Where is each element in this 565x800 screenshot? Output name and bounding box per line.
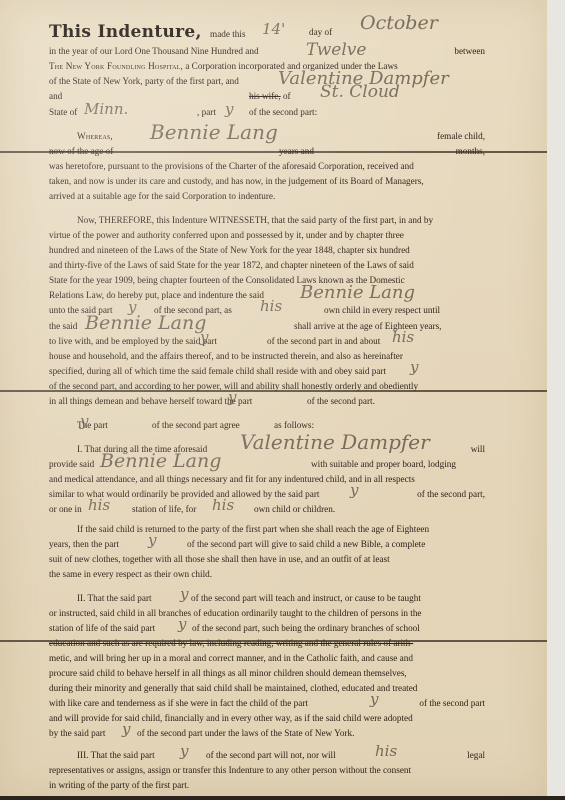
line-14: hundred and nineteen of the Laws of the … xyxy=(49,245,485,256)
line-29: similar to what would ordinarily be prov… xyxy=(49,489,485,500)
made-this-text: made this xyxy=(210,29,245,39)
line-36: or instructed, said child in all branche… xyxy=(49,608,485,619)
text: of the second part will teach and instru… xyxy=(191,593,421,604)
text: of the second part, and according to her… xyxy=(49,381,418,391)
line-47: in writing of the party of the first par… xyxy=(49,780,485,791)
line-15: and thirty-five of the Laws of said Stat… xyxy=(49,260,485,271)
line-32: years, then the part of the second part … xyxy=(49,539,485,550)
handwritten-part-suffix: y xyxy=(180,742,188,760)
line-30: or one in station of life, for own child… xyxy=(49,504,485,515)
text: suit of new clothes, together with all t… xyxy=(49,554,390,564)
handwritten-pronoun: his xyxy=(88,496,110,514)
handwritten-part-suffix: y xyxy=(80,412,88,430)
line-45: III. That the said part of the second pa… xyxy=(49,750,485,761)
document-title: This Indenture, xyxy=(49,22,202,42)
text: of the second part: xyxy=(249,107,317,118)
handwritten-day: 14' xyxy=(262,20,285,38)
line-35: II. That the said part of the second par… xyxy=(49,593,485,604)
text: as follows: xyxy=(274,420,314,431)
title-line: This Indenture, made this day of xyxy=(49,22,485,42)
handwritten-pronoun: his xyxy=(260,297,282,315)
text: years and xyxy=(279,146,314,157)
line-40: procure said child to behave herself in … xyxy=(49,668,485,679)
line-5: and his wife, of xyxy=(49,91,485,102)
line-44: by the said part of the second part unde… xyxy=(49,728,485,739)
text: or instructed, said child in all branche… xyxy=(49,608,422,618)
text: taken, and now is under its care and cus… xyxy=(49,176,424,186)
handwritten-part-suffix: y xyxy=(180,585,188,603)
line-46: representatives or assigns, assign or tr… xyxy=(49,765,485,776)
handwritten-pronoun: his xyxy=(392,328,414,346)
text: of the second part, xyxy=(417,489,485,500)
text: unto the said part xyxy=(49,305,113,315)
text: between xyxy=(454,46,485,57)
line-8: now of the age of years and months, xyxy=(49,146,485,157)
handwritten-pronoun: his xyxy=(212,496,234,514)
handwritten-part-suffix: y xyxy=(225,100,233,118)
text: during their minority and generally that… xyxy=(49,683,417,693)
handwritten-part-suffix: y xyxy=(128,298,136,316)
text: III. That the said part xyxy=(77,750,155,760)
text: If the said child is returned to the par… xyxy=(77,524,429,534)
text: his wife, xyxy=(249,91,281,101)
text: of the second part will not, nor will xyxy=(206,750,336,761)
line-21: house and household, and the affairs the… xyxy=(49,351,485,362)
text: of the second part. xyxy=(307,396,375,407)
text: of the State of New York, party of the f… xyxy=(49,76,239,86)
line-39: metic, and will bring her up in a moral … xyxy=(49,653,485,664)
handwritten-year: Twelve xyxy=(306,40,366,60)
line-6: State of , part of the second part: xyxy=(49,107,485,118)
line-7: Whereas, female child, xyxy=(49,131,485,142)
text: of the second part in and about xyxy=(267,336,380,347)
text: of xyxy=(283,91,291,101)
fold-crease xyxy=(0,151,547,153)
text: provide said xyxy=(49,459,94,469)
text: by the said part xyxy=(49,728,105,738)
handwritten-part-suffix: y xyxy=(122,720,130,738)
line-13: virtue of the power and authority confer… xyxy=(49,230,485,241)
handwritten-state: Minn. xyxy=(84,100,128,118)
text: hundred and nineteen of the Laws of the … xyxy=(49,245,410,255)
text: arrived at a suitable age for the said C… xyxy=(49,191,275,201)
text: or one in xyxy=(49,504,82,514)
text: II. That the said part xyxy=(77,593,152,603)
organization-name: The New York Foundling Hospital, xyxy=(49,61,183,71)
text: The part xyxy=(77,420,108,430)
text: virtue of the power and authority confer… xyxy=(49,230,404,240)
text: and medical attendance, and all things n… xyxy=(49,474,415,484)
line-34: the same in every respect as their own c… xyxy=(49,569,485,580)
text: the said xyxy=(49,321,77,331)
text: years, then the part xyxy=(49,539,119,549)
text: station of life, for xyxy=(132,504,196,515)
line-4: of the State of New York, party of the f… xyxy=(49,76,485,87)
line-31: If the said child is returned to the par… xyxy=(49,524,485,535)
text: of the second part agree xyxy=(152,420,240,431)
text: was heretofore, pursuant to the provisio… xyxy=(49,161,414,172)
fold-crease xyxy=(0,640,547,642)
text: Relations Law, do hereby put, place and … xyxy=(49,290,264,300)
text: and will provide for said child, financi… xyxy=(49,713,413,723)
line-28: and medical attendance, and all things n… xyxy=(49,474,485,485)
handwritten-part-suffix: y xyxy=(410,358,418,376)
line-33: suit of new clothes, together with all t… xyxy=(49,554,485,565)
text: a Corporation incorporated and organized… xyxy=(185,61,397,71)
text: female child, xyxy=(437,131,485,142)
text: in the year of our Lord One Thousand Nin… xyxy=(49,46,259,56)
text: of the second part, such being the ordin… xyxy=(192,623,420,634)
line-23: of the second part, and according to her… xyxy=(49,381,485,392)
text: own child or children. xyxy=(254,504,335,515)
line-25: The part of the second part agree as fol… xyxy=(49,420,485,431)
text: of the second part, as xyxy=(154,305,232,316)
text: and xyxy=(49,91,62,101)
text: I. That during all the time aforesaid xyxy=(77,444,207,454)
line-41: during their minority and generally that… xyxy=(49,683,485,694)
line-18: unto the said part of the second part, a… xyxy=(49,305,485,316)
text: the same in every respect as their own c… xyxy=(49,569,212,579)
line-16: State for the year 1909, being chapter f… xyxy=(49,275,485,286)
line-27: provide said with suitable and proper bo… xyxy=(49,459,485,470)
text: in writing of the party of the first par… xyxy=(49,780,189,790)
line-24: in all things demean and behave herself … xyxy=(49,396,485,407)
handwritten-child-name: Bennie Lang xyxy=(85,312,206,334)
text: with suitable and proper board, lodging xyxy=(311,459,456,470)
text: station of life of the said part xyxy=(49,623,155,633)
line-9: was heretofore, pursuant to the provisio… xyxy=(49,161,485,172)
text: State for the year 1909, being chapter f… xyxy=(49,275,405,285)
indenture-document: This Indenture, made this day of 14' Oct… xyxy=(0,0,547,796)
text: education and such as are required by la… xyxy=(49,638,413,648)
handwritten-part-suffix: y xyxy=(200,328,208,346)
text: procure said child to behave herself in … xyxy=(49,668,407,678)
text: in all things demean and behave herself … xyxy=(49,396,252,406)
line-20: to live with, and be employed by the sai… xyxy=(49,336,485,347)
text: will xyxy=(471,444,485,455)
line-11: arrived at a suitable age for the said C… xyxy=(49,191,485,202)
handwritten-pronoun: his xyxy=(375,742,397,760)
text: legal xyxy=(467,750,485,761)
line-43: and will provide for said child, financi… xyxy=(49,713,485,724)
handwritten-party-name: Valentine Dampfer xyxy=(240,430,430,454)
handwritten-child-name: Bennie Lang xyxy=(100,450,221,472)
text: of the second part will give to said chi… xyxy=(187,539,425,550)
text: own child in every respect until xyxy=(324,305,440,316)
text: metic, and will bring her up in a moral … xyxy=(49,653,413,663)
line-26: I. That during all the time aforesaid wi… xyxy=(49,444,485,455)
text: of the second part under the laws of the… xyxy=(137,728,354,739)
handwritten-party-name: Valentine Dampfer xyxy=(278,68,449,89)
line-3: The New York Foundling Hospital, a Corpo… xyxy=(49,61,485,72)
text: similar to what would ordinarily be prov… xyxy=(49,489,319,499)
handwritten-part-suffix: y xyxy=(228,388,236,406)
fold-crease xyxy=(0,390,547,392)
text: and thirty-five of the Laws of said Stat… xyxy=(49,260,414,270)
page-bottom-edge xyxy=(0,796,565,800)
line-19: the said shall arrive at the age of Eigh… xyxy=(49,321,485,332)
text: , part xyxy=(197,107,216,118)
line-17: Relations Law, do hereby put, place and … xyxy=(49,290,485,301)
line-22: specified, during all of which time the … xyxy=(49,366,485,377)
handwritten-month: October xyxy=(360,12,438,34)
line-37: station of life of the said part of the … xyxy=(49,623,485,634)
line-38: education and such as are required by la… xyxy=(49,638,485,649)
text: house and household, and the affairs the… xyxy=(49,351,403,361)
text: of the second part xyxy=(419,698,485,709)
text: State of xyxy=(49,107,77,117)
handwritten-child-name: Bennie Lang xyxy=(300,282,415,303)
text: shall arrive at the age of Eighteen year… xyxy=(294,321,441,332)
handwritten-city: St. Cloud xyxy=(320,82,400,102)
text: Now, THEREFORE, this Indenture WITNESSET… xyxy=(77,215,433,225)
handwritten-part-suffix: y xyxy=(370,690,378,708)
line-12: Now, THEREFORE, this Indenture WITNESSET… xyxy=(49,215,485,226)
handwritten-part-suffix: y xyxy=(148,531,156,549)
text: to live with, and be employed by the sai… xyxy=(49,336,217,346)
day-of-text: day of xyxy=(309,22,332,42)
text: Whereas, xyxy=(77,131,113,141)
text: representatives or assigns, assign or tr… xyxy=(49,765,411,775)
line-2: in the year of our Lord One Thousand Nin… xyxy=(49,46,485,57)
handwritten-child-name: Bennie Lang xyxy=(150,120,278,144)
text: with like care and tenderness as if she … xyxy=(49,698,308,708)
text: specified, during all of which time the … xyxy=(49,366,386,376)
line-10: taken, and now is under its care and cus… xyxy=(49,176,485,187)
text: now of the age of xyxy=(49,146,113,156)
line-42: with like care and tenderness as if she … xyxy=(49,698,485,709)
handwritten-part-suffix: y xyxy=(350,481,358,499)
handwritten-part-suffix: y xyxy=(178,615,186,633)
text: months, xyxy=(456,146,485,157)
